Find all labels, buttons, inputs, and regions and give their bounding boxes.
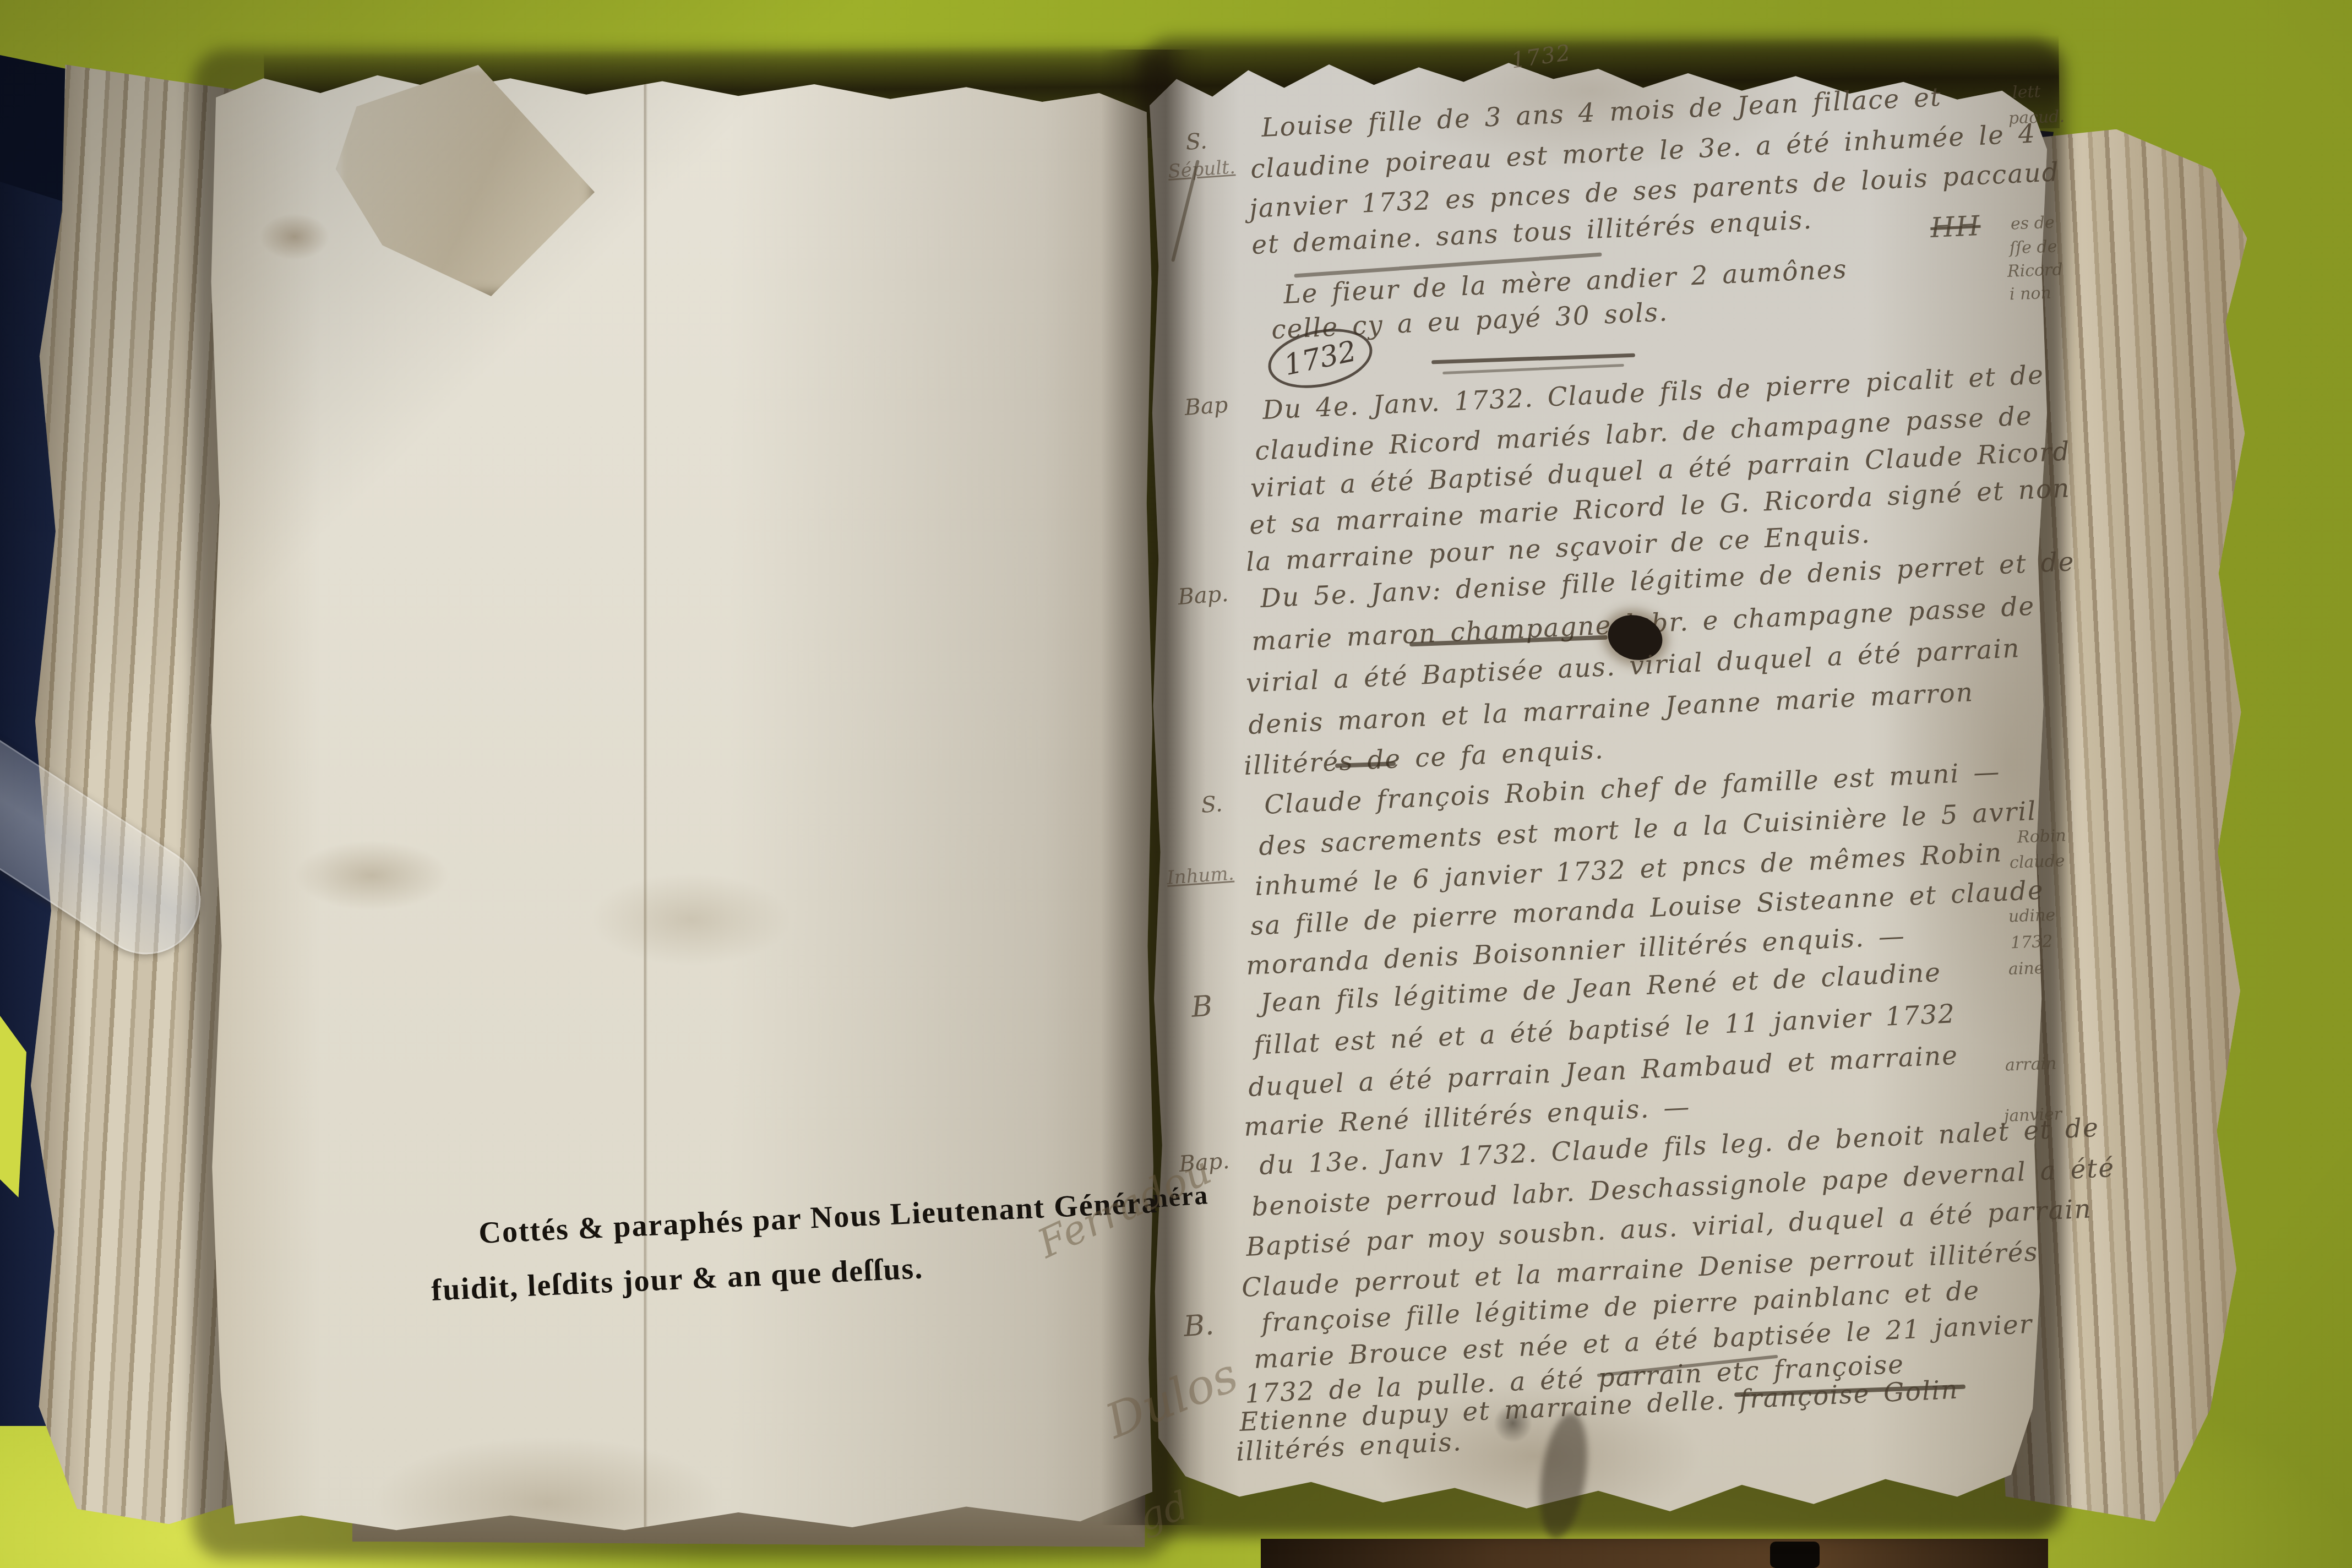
left-page — [206, 61, 1156, 1536]
edge-fragment: udine — [2008, 906, 2055, 927]
margin-label-bap: Bap. — [1177, 581, 1229, 610]
paraph-mark: HH — [1930, 210, 1981, 244]
edge-fragment: lett — [2012, 82, 2041, 102]
margin-label-b: B. — [1183, 1308, 1215, 1343]
edge-fragment: aine — [2008, 959, 2044, 979]
wood-table-strip — [1261, 1539, 2048, 1568]
margin-label-sepulture: S. — [1200, 791, 1223, 818]
photograph-of-parish-register: Cottés & paraphés par Nous Lieutenant Gé… — [0, 0, 2352, 1568]
margin-label-inhum: Inhum. — [1166, 862, 1235, 889]
edge-fragment: es de — [2010, 213, 2055, 234]
gutter-shadow — [1101, 50, 1206, 1525]
edge-fragment: janvier — [2003, 1104, 2062, 1126]
edge-fragment: pacud. — [2008, 107, 2065, 128]
edge-fragment: Robin — [2017, 826, 2066, 847]
edge-fragment: claude — [2009, 851, 2065, 872]
edge-fragment: i non — [2009, 284, 2051, 304]
edge-fragment: Ricord — [2007, 260, 2063, 281]
margin-label-sepult-word: Sépult. — [1167, 156, 1236, 182]
margin-label-bap: Bap — [1184, 392, 1229, 420]
edge-fragment: arrain — [2005, 1054, 2057, 1075]
circled-year-text: 1732 — [1281, 335, 1359, 382]
edge-fragment: ſſe de — [2009, 237, 2057, 258]
margin-label-bap: Bap. — [1178, 1148, 1231, 1177]
edge-fragment: 1732 — [2010, 932, 2053, 953]
margin-label-b: B — [1190, 989, 1213, 1024]
dark-object — [1770, 1542, 1820, 1568]
margin-label-sepulture: S. — [1185, 128, 1208, 155]
